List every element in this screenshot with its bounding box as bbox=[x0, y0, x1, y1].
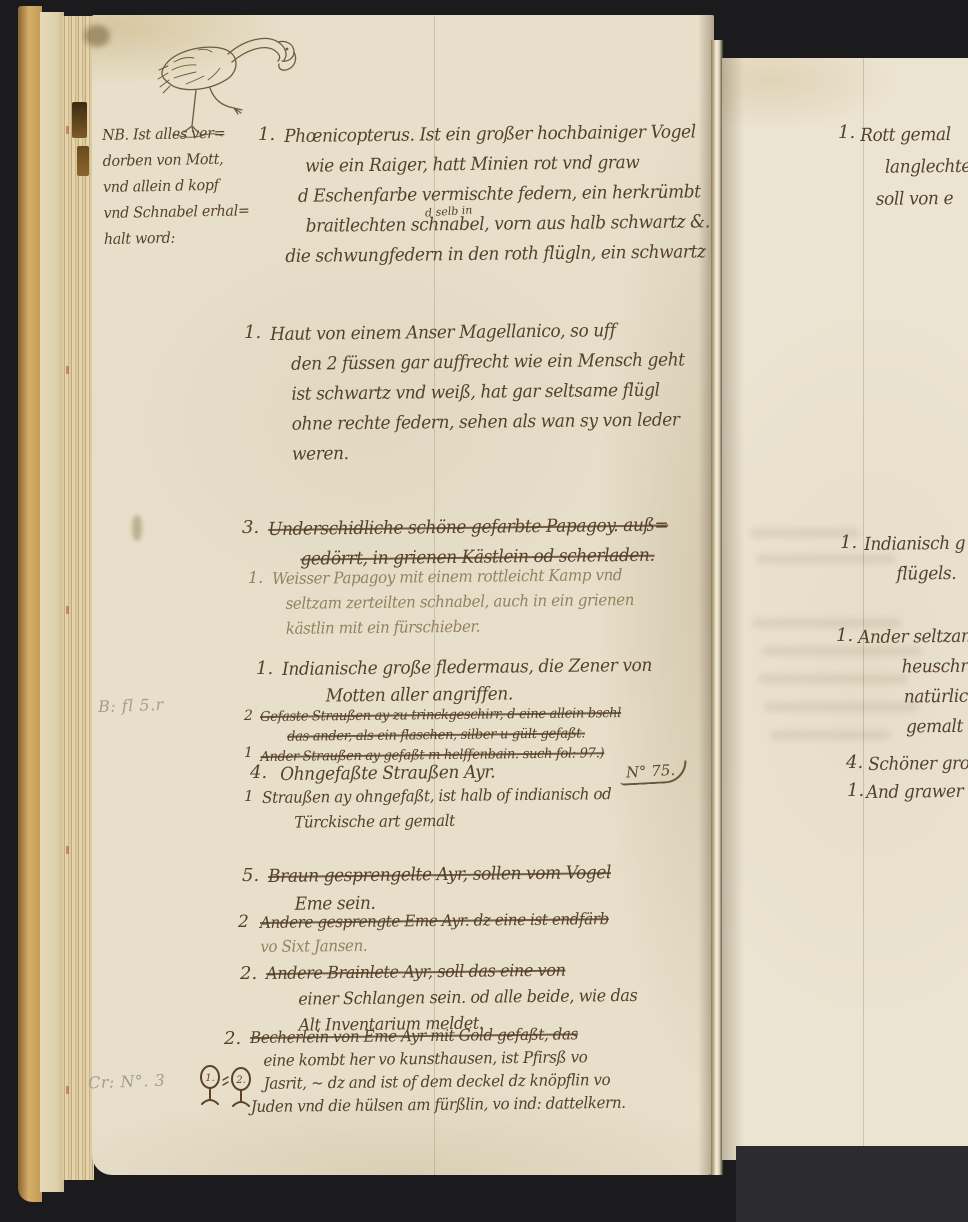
entry-number: 1. bbox=[244, 322, 261, 343]
manuscript-line: vo Sixt Jansen. bbox=[260, 931, 609, 959]
manuscript-line-struck: Braun gesprengelte Ayr, sollen vom Vogel bbox=[268, 859, 611, 891]
entry-andere-eme-ayr: Andere gesprengte Eme Ayr. dz eine ist e… bbox=[260, 907, 609, 959]
entry-number: 1. bbox=[840, 532, 857, 553]
page-edge-striations bbox=[62, 16, 94, 1180]
pencil-foliation-note: B: fl 5.r bbox=[98, 695, 164, 716]
manuscript-line: flügels. bbox=[896, 559, 965, 590]
manuscript-line: weren. bbox=[292, 435, 686, 469]
pencil-shelf-note: Cr: N°. 3 bbox=[88, 1071, 166, 1093]
manuscript-line: And grawer bbox=[866, 777, 963, 808]
entry-number: 1 bbox=[244, 745, 253, 761]
manuscript-line: langlechte bbox=[885, 151, 968, 184]
manuscript-line: Phœnicopterus. Ist ein großer hochbainig… bbox=[284, 117, 709, 152]
manuscript-line: einer Schlangen sein. od alle beide, wie… bbox=[298, 983, 637, 1013]
manuscript-line: gemalt bbox=[906, 712, 968, 743]
right-entry-rott: Rott gemal langlechte soll von e bbox=[860, 119, 968, 216]
manuscript-line: ohne rechte federn, sehen als wan sy von… bbox=[292, 405, 686, 439]
entry-straussen-ay-gemalt: Straußen ay ohngefaßt, ist halb of india… bbox=[262, 781, 612, 835]
manuscript-line-struck: Underschidliche schöne gefarbte Papagoy.… bbox=[268, 511, 668, 545]
manuscript-line: Rott gemal bbox=[860, 119, 968, 152]
manuscript-line: halt word: bbox=[104, 223, 251, 252]
entry-number: 5. bbox=[242, 865, 259, 886]
manuscript-line: seltzam zerteilten schnabel, auch in ein… bbox=[285, 587, 634, 616]
manuscript-line: Indianische große fledermaus, die Zener … bbox=[282, 652, 652, 683]
manuscript-line: NB. Ist alles ver= bbox=[102, 119, 249, 148]
smudge bbox=[132, 515, 142, 541]
manuscript-line: Haut von einem Anser Magellanico, so uff bbox=[270, 315, 684, 350]
leather-tab bbox=[72, 102, 87, 138]
right-entry-seltzam: Ander seltzam heuschrec natürlich gemalt bbox=[858, 622, 968, 743]
margin-note-nb: NB. Ist alles ver= dorben von Mott, vnd … bbox=[102, 119, 250, 252]
entry-anser-magellanico: Haut von einem Anser Magellanico, so uff… bbox=[270, 315, 686, 470]
manuscript-line: braitlechten schnabel, vorn aus halb sch… bbox=[306, 207, 710, 242]
manuscript-line: dorben von Mott, bbox=[102, 145, 249, 174]
right-entry-schoener: Schöner gro bbox=[868, 749, 968, 780]
right-entry-grawer: And grawer bbox=[866, 777, 963, 808]
manuscript-line: ist schwartz vnd weiß, hat gar seltsame … bbox=[291, 375, 685, 409]
entry-number: 2. bbox=[240, 963, 257, 984]
goblet-doodles: 1. 2. bbox=[196, 1062, 258, 1116]
manuscript-scan: NB. Ist alles ver= dorben von Mott, vnd … bbox=[0, 0, 968, 1222]
manuscript-line-struck: Andere Brainlete Ayr, soll das eine von bbox=[266, 957, 637, 987]
entry-number: 1. bbox=[838, 122, 855, 143]
manuscript-line: wie ein Raiger, hatt Minien rot vnd graw bbox=[305, 147, 709, 182]
entry-number: 4. bbox=[846, 752, 863, 773]
entry-number: 1. bbox=[836, 625, 853, 646]
entry-number: 1. bbox=[248, 568, 263, 587]
gutter-shadow bbox=[722, 58, 744, 1160]
manuscript-line: Straußen ay ohngefaßt, ist halb of india… bbox=[262, 781, 611, 810]
entry-number: 1. bbox=[847, 780, 864, 801]
right-page bbox=[722, 58, 968, 1160]
manuscript-line: Ander seltzam bbox=[858, 622, 968, 653]
leather-tab bbox=[77, 146, 89, 176]
manuscript-line: vnd Schnabel erhal= bbox=[103, 197, 250, 226]
entry-number: 1. bbox=[258, 124, 275, 145]
entry-fledermaus: Indianische große fledermaus, die Zener … bbox=[282, 652, 652, 710]
entry-weisser-papagoy: Weisser Papagoy mit einem rottleicht Kam… bbox=[272, 562, 634, 641]
manuscript-line: vnd allein d kopf bbox=[103, 171, 250, 200]
manuscript-line-struck: Andere gesprengte Eme Ayr. dz eine ist e… bbox=[260, 907, 609, 935]
page-block-edge bbox=[40, 12, 64, 1192]
manuscript-line: soll von e bbox=[876, 183, 968, 216]
manuscript-line: heuschrec bbox=[902, 652, 968, 683]
entry-number: 1 bbox=[244, 787, 254, 805]
entry-phoenicopterus: Phœnicopterus. Ist ein großer hochbainig… bbox=[284, 117, 710, 272]
ink-stain bbox=[84, 25, 110, 47]
goblet-label: 2. bbox=[235, 1075, 246, 1086]
entry-number: 2 bbox=[238, 912, 249, 932]
manuscript-line: Juden vnd die hülsen am fürßlin, vo ind:… bbox=[251, 1091, 626, 1118]
entry-number: 4. bbox=[250, 762, 267, 783]
fold-crease bbox=[863, 58, 864, 1160]
manuscript-line: den 2 füssen gar auffrecht wie ein Mensc… bbox=[291, 345, 685, 379]
manuscript-line: die schwungfedern in den roth flügln, ei… bbox=[285, 237, 710, 272]
manuscript-line: Schöner gro bbox=[868, 749, 968, 780]
scanner-bed bbox=[736, 1146, 968, 1222]
entry-number: 1. bbox=[256, 658, 273, 679]
entry-number: 3. bbox=[242, 517, 259, 538]
manuscript-line: kästlin mit ein fürschieber. bbox=[286, 612, 635, 641]
entry-becherlein: Becherlein von Eme Ayr mit Gold gefaßt, … bbox=[250, 1022, 626, 1118]
entry-number: 2 bbox=[244, 708, 253, 724]
manuscript-line: Indianisch g bbox=[864, 529, 965, 560]
right-entry-indianisch: Indianisch g flügels. bbox=[864, 529, 966, 590]
manuscript-line: d Eschenfarbe vermischte federn, ein her… bbox=[298, 177, 710, 212]
manuscript-line: natürlich bbox=[904, 682, 968, 713]
goblet-label: 1. bbox=[205, 1073, 215, 1084]
manuscript-line: Türckische art gemalt bbox=[294, 806, 612, 835]
book-cover-edge bbox=[18, 6, 42, 1202]
entry-number: 2. bbox=[224, 1028, 241, 1049]
